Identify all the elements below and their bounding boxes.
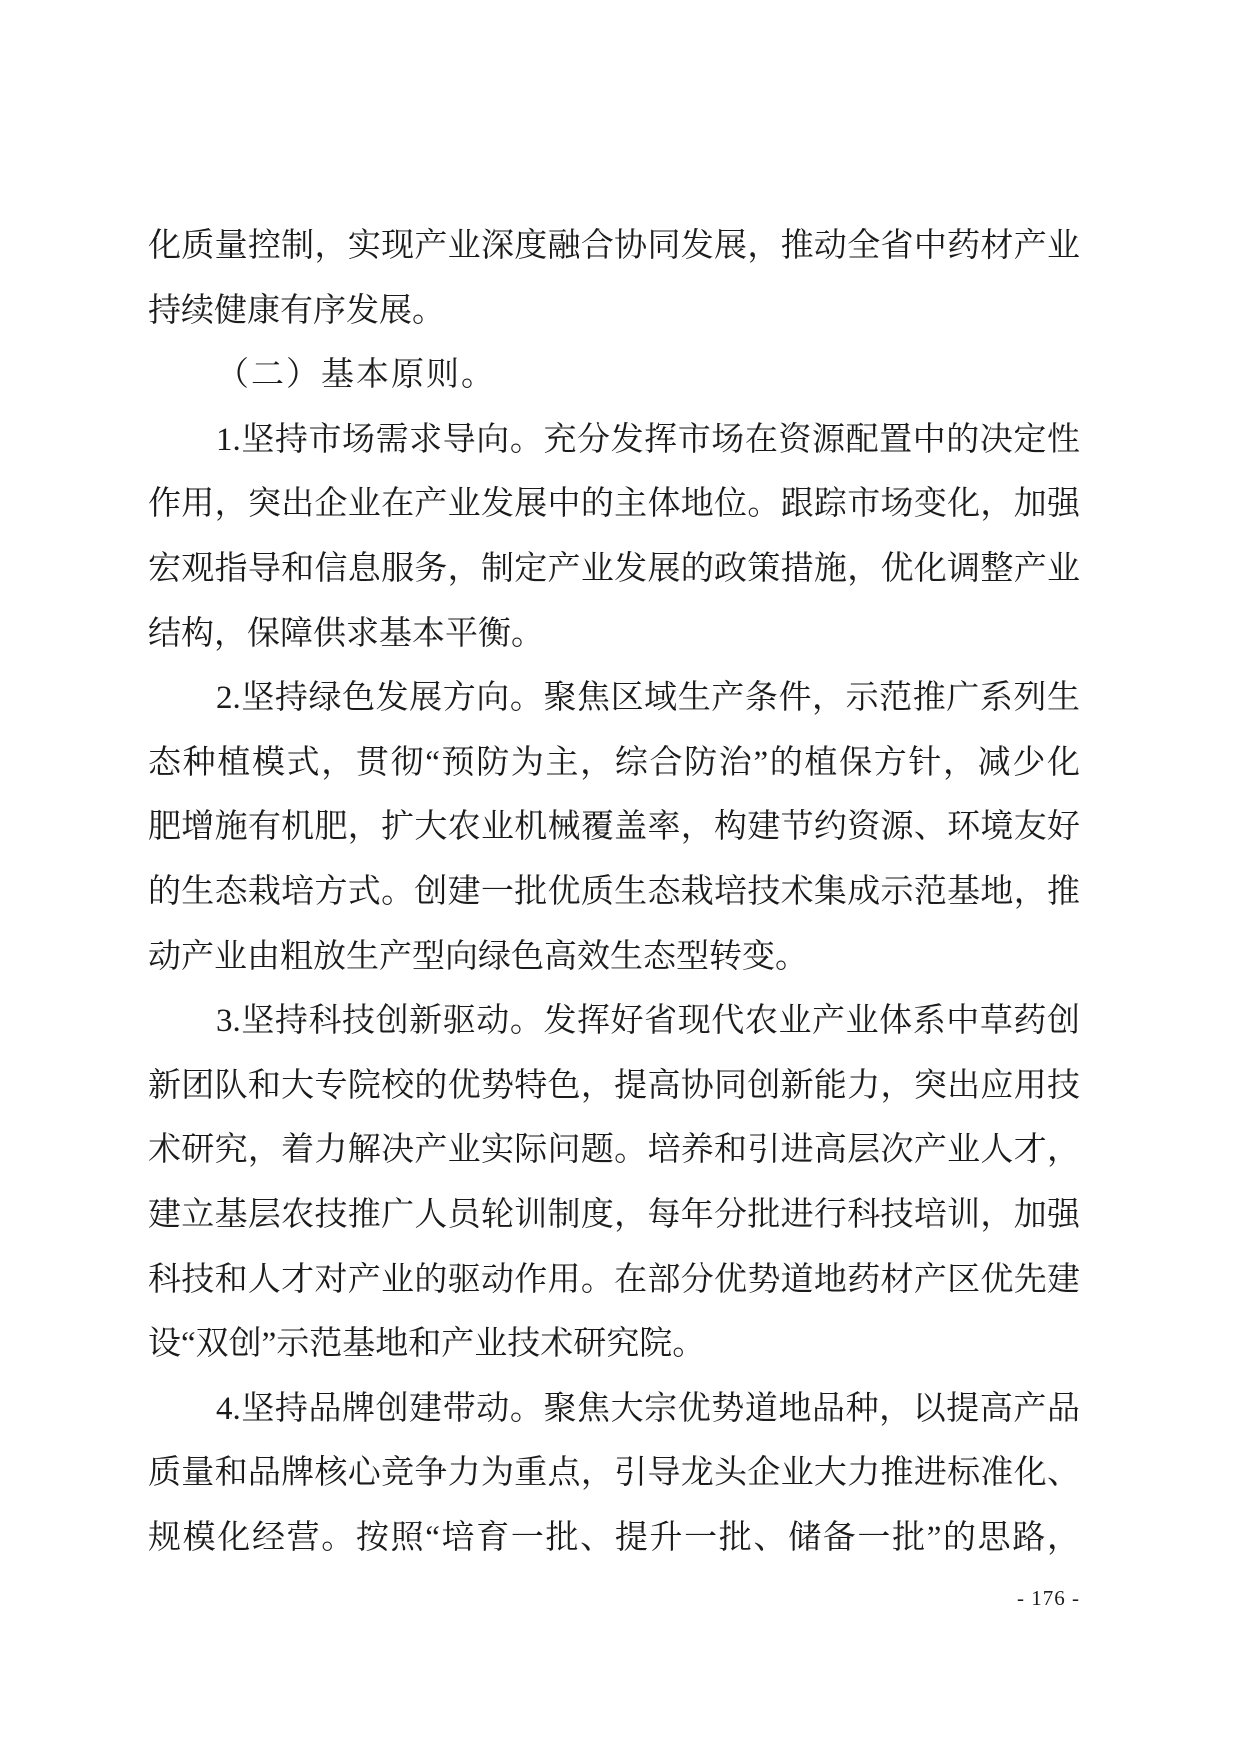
text-line: 设“双创”示范基地和产业技术研究院。 [148,1312,1080,1377]
text-line: 规模化经营。按照“培育一批、提升一批、储备一批”的思路， [148,1506,1080,1571]
text-line: 宏观指导和信息服务，制定产业发展的政策措施，优化调整产业 [148,537,1080,602]
text-line: 4.坚持品牌创建带动。聚焦大宗优势道地品种，以提高产品 [148,1377,1080,1442]
text-line: 1.坚持市场需求导向。充分发挥市场在资源配置中的决定性 [148,408,1080,473]
text-line: 建立基层农技推广人员轮训制度，每年分批进行科技培训，加强 [148,1183,1080,1248]
page-number: - 176 - [1017,1586,1080,1611]
text-line: 新团队和大专院校的优势特色，提高协同创新能力，突出应用技 [148,1054,1080,1119]
text-line: 态种植模式，贯彻“预防为主，综合防治”的植保方针，减少化 [148,731,1080,796]
text-line: 结构，保障供求基本平衡。 [148,602,1080,667]
text-line: 2.坚持绿色发展方向。聚焦区域生产条件，示范推广系列生 [148,666,1080,731]
document-body: 化质量控制，实现产业深度融合协同发展，推动全省中药材产业持续健康有序发展。（二）… [148,214,1080,1570]
text-line: 持续健康有序发展。 [148,279,1080,344]
text-line: 3.坚持科技创新驱动。发挥好省现代农业产业体系中草药创 [148,989,1080,1054]
text-line: 质量和品牌核心竞争力为重点，引导龙头企业大力推进标准化、 [148,1441,1080,1506]
document-page: 化质量控制，实现产业深度融合协同发展，推动全省中药材产业持续健康有序发展。（二）… [0,0,1240,1754]
text-line: 动产业由粗放生产型向绿色高效生态型转变。 [148,925,1080,990]
text-line: 术研究，着力解决产业实际问题。培养和引进高层次产业人才， [148,1118,1080,1183]
text-line: 肥增施有机肥，扩大农业机械覆盖率，构建节约资源、环境友好 [148,795,1080,860]
text-line: 作用，突出企业在产业发展中的主体地位。跟踪市场变化，加强 [148,472,1080,537]
section-heading: （二）基本原则。 [148,343,1080,408]
text-line: 化质量控制，实现产业深度融合协同发展，推动全省中药材产业 [148,214,1080,279]
text-line: 科技和人才对产业的驱动作用。在部分优势道地药材产区优先建 [148,1248,1080,1313]
text-line: 的生态栽培方式。创建一批优质生态栽培技术集成示范基地，推 [148,860,1080,925]
